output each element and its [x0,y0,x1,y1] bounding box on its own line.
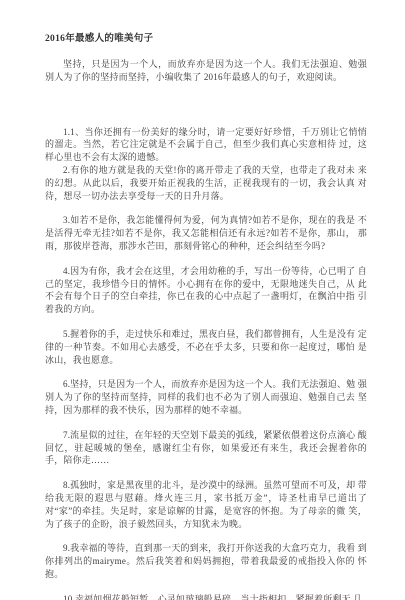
body-paragraph: 4.因为有你，我才会在这里，才会用幼稚的手，写出一份等待，心已明了 自己的坚定，… [45,265,367,316]
body-paragraph: 1.1、当你还拥有一份美好的缘分时，请一定要好好珍惜，千万别让它悄悄的溜走。当然… [45,126,367,164]
body-paragraph: 10.幸福如烟花般短暂，心灵如玻璃般易碎，当十指相扣，紧握着所剩无 几 [45,593,367,600]
body-paragraph: 8.孤独时，家是黑夜里的北斗，是沙漠中的绿洲。虽然可望而不可及，却 带给我无限的… [45,479,367,530]
body-paragraph: 9.我幸福的等待，直到那一天的到来，我打开你送我的大盒巧克力，我看 到你排列出的… [45,542,367,580]
body-paragraph: 5.握着你的手，走过快乐和难过，黑夜白昼，我们都曾拥有，人生是没有 定律的一种节… [45,328,367,366]
body-paragraph: 3.如若不是你，我怎能懂得何为爱，何为真情?如若不是你，现在的我是 不是活得无牵… [45,214,367,252]
document-title: 2016年最感人的唯美句子 [45,30,367,44]
body-paragraph: 2.有你的地方就是我的天堂!你的离开带走了我的天堂，也带走了我对未 来的幻想。从… [45,164,367,202]
body-paragraph: 6.坚持，只是因为一个人，而放弃亦是因为这一个人。我们无法强迫、勉 强别人为了你… [45,378,367,416]
document-page: 2016年最感人的唯美句子 坚持，只是因为一个人，而放弃亦是因为这一个人。我们无… [0,0,405,600]
paragraph-list: 1.1、当你还拥有一份美好的缘分时，请一定要好好珍惜，千万别让它悄悄的溜走。当然… [45,126,367,600]
intro-paragraph: 坚持，只是因为一个人，而放弃亦是因为这一个人。我们无法强迫、勉强 别人为了你的坚… [45,58,367,84]
body-paragraph: 7.流星似的过往，在年轻的天空划下最美的弧线，紧紧依偎着这份点滴心 酸回忆，驻起… [45,429,367,467]
